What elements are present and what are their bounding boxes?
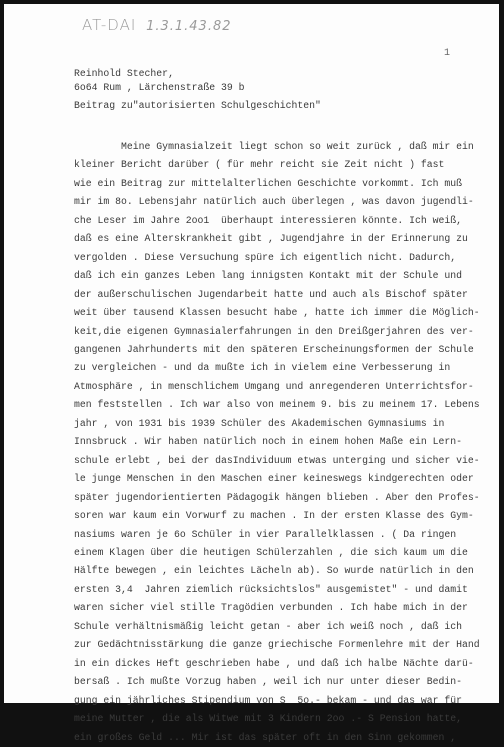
- body-line: vergolden . Diese Versuchung spüre ich e…: [74, 249, 480, 267]
- body-line: daß es eine Alterskrankheit gibt , Jugen…: [74, 230, 480, 248]
- body-line: ersten 3,4 Jahren ziemlich rücksichtslos…: [74, 581, 480, 599]
- body-line: der außerschulischen Jugendarbeit hatte …: [74, 286, 480, 304]
- body-line: bersaß . Ich mußte Vorzug haben , weil i…: [74, 673, 480, 691]
- page-number: 1: [444, 48, 450, 59]
- body-line: keit,die eigenen Gymnasialerfahrungen in…: [74, 323, 480, 341]
- body-line: men feststellen . Ich war also von meine…: [74, 396, 480, 414]
- sender-block: Reinhold Stecher,6o64 Rum , Lärchenstraß…: [74, 67, 245, 95]
- body-line: soren war kaum ein Vorwurf zu machen . I…: [74, 507, 480, 525]
- body-line: mir im 8o. Lebensjahr natürlich auch übe…: [74, 193, 480, 211]
- body-text: Meine Gymnasialzeit liegt schon so weit …: [74, 138, 480, 708]
- body-line: einem Klagen über die heutigen Schülerza…: [74, 544, 480, 562]
- body-line: Innsbruck . Wir haben natürlich noch in …: [74, 433, 480, 451]
- body-line: waren sicher viel stille Tragödien verbu…: [74, 599, 480, 617]
- body-line: le junge Menschen in den Maschen einer k…: [74, 470, 480, 488]
- body-line: jahr , von 1931 bis 1939 Schüler des Aka…: [74, 415, 480, 433]
- body-line: in ein dickes Heft geschrieben habe , un…: [74, 655, 480, 673]
- body-line: gung ein jährliches Stipendium von S 5o.…: [74, 692, 480, 708]
- body-line: kleiner Bericht darüber ( für mehr reich…: [74, 156, 480, 174]
- body-line: Hälfte bewegen , ein leichtes Lächeln ab…: [74, 562, 480, 580]
- sender-name: Reinhold Stecher,: [74, 67, 245, 81]
- body-line: nasiums waren je 6o Schüler in vier Para…: [74, 526, 480, 544]
- body-line: Atmosphäre , in menschlichem Umgang und …: [74, 378, 480, 396]
- body-line: zu vergleichen - und da mußte ich in vie…: [74, 359, 480, 377]
- body-line: zur Gedächtnisstärkung die ganze griechi…: [74, 636, 480, 654]
- sender-address: 6o64 Rum , Lärchenstraße 39 b: [74, 81, 245, 95]
- body-line: wie ein Beitrag zur mittelalterlichen Ge…: [74, 175, 480, 193]
- body-line: später jugendorientierten Pädagogik häng…: [74, 489, 480, 507]
- body-line: gangenen Jahrhunderts mit den späteren E…: [74, 341, 480, 359]
- body-line: daß ich ein ganzes Leben lang innigsten …: [74, 267, 480, 285]
- archive-stamp-code: AT-DAI: [82, 16, 136, 34]
- archive-stamp-number: 1.3.1.43.82: [146, 19, 231, 34]
- body-line: Schule verhältnismäßig leicht getan - ab…: [74, 618, 480, 636]
- archive-stamp: AT-DAI 1.3.1.43.82: [82, 16, 232, 34]
- document-page: AT-DAI 1.3.1.43.82 1 Reinhold Stecher,6o…: [4, 4, 499, 703]
- body-line: weit über tausend Klassen besucht habe ,…: [74, 304, 480, 322]
- subject-line: Beitrag zu"autorisierten Schulgeschichte…: [74, 100, 321, 111]
- body-line: Meine Gymnasialzeit liegt schon so weit …: [74, 138, 480, 156]
- body-line: schule erlebt , bei der dasIndividuum et…: [74, 452, 480, 470]
- body-line: che Leser im Jahre 2oo1 überhaupt intere…: [74, 212, 480, 230]
